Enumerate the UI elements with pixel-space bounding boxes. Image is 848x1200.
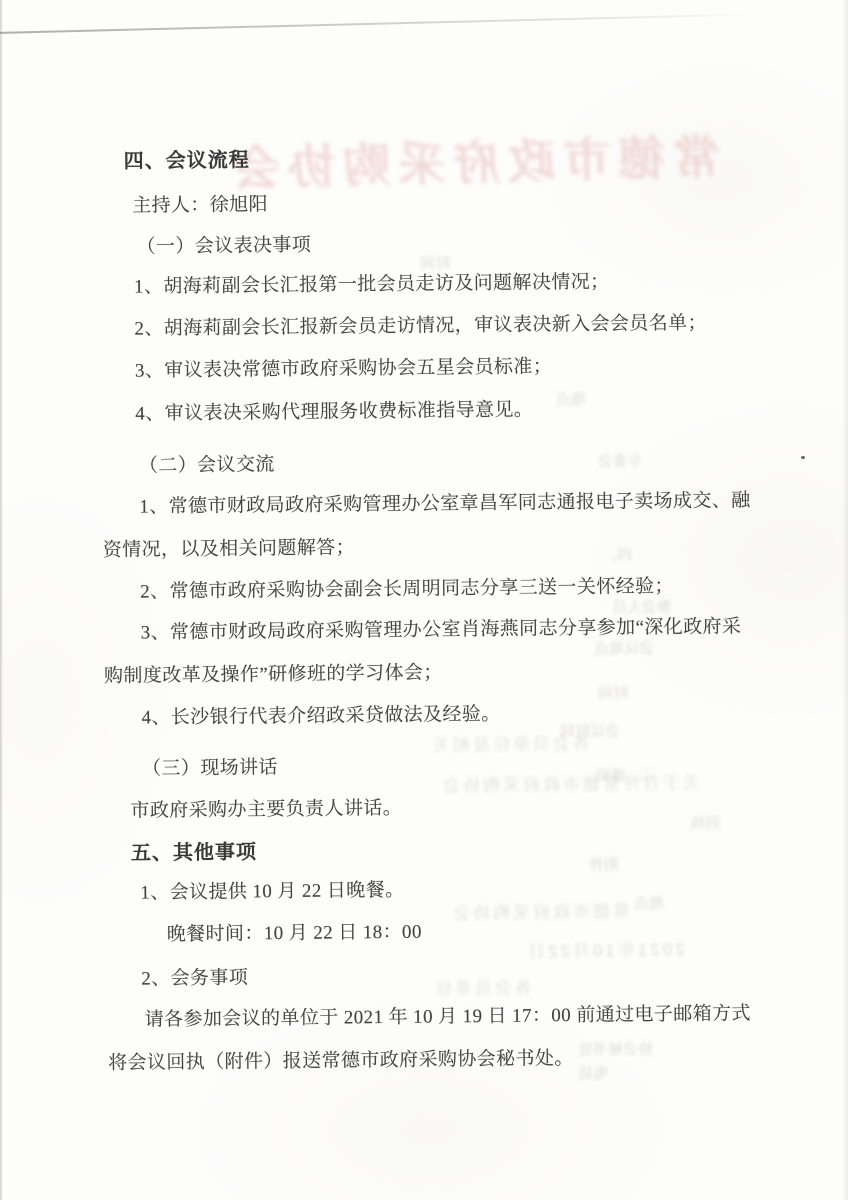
list-item: 1、会议提供 10 月 22 日晚餐。: [140, 875, 404, 905]
subsection-1: （一）会议表决事项: [136, 230, 311, 259]
body-line: 市政府采购办主要负责人讲话。: [130, 793, 402, 823]
list-item: 4、长沙银行代表介绍政采贷做法及经验。: [141, 699, 500, 730]
list-item: 2、会务事项: [141, 962, 248, 990]
section-heading-meeting-process: 四、会议流程: [124, 143, 250, 173]
list-item: 1、胡海莉副会长汇报第一批会员走访及问题解决情况；: [134, 267, 610, 299]
list-item: 4、审议表决采购代理服务收费标准指导意见。: [135, 394, 533, 425]
subsection-3: （三）现场讲话: [142, 752, 278, 780]
subsection-2: （二）会议交流: [139, 449, 275, 477]
section-heading-other-items: 五、其他事项: [131, 835, 257, 865]
ink-speck: [801, 456, 805, 459]
document-body: 四、会议流程 主持人：徐旭阳 （一）会议表决事项 1、胡海莉副会长汇报第一批会员…: [0, 0, 848, 1200]
list-item: 2、胡海莉副会长汇报新会员走访情况，审议表决新入会会员名单；: [134, 308, 707, 341]
scanned-document-page: 常德市政府采购协会 时间 地点 专委会 四、 参会人员 会议地点 时间 会议时间…: [0, 0, 848, 1200]
body-line-continuation: 将会议回执（附件）报送常德市政府采购协会秘书处。: [108, 1043, 574, 1075]
list-item-continuation: 资情况，以及相关问题解答；: [103, 532, 355, 562]
host-line: 主持人：徐旭阳: [132, 189, 268, 217]
list-item: 3、审议表决常德市政府采购协会五星会员标准；: [135, 351, 553, 382]
body-line: 请各参加会议的单位于 2021 年 10 月 19 日 17：00 前通过电子邮…: [145, 998, 751, 1031]
dinner-time-line: 晚餐时间：10 月 22 日 18：00: [167, 917, 422, 947]
list-item-continuation: 购制度改革及操作”研修班的学习体会；: [104, 657, 443, 688]
list-item: 3、常德市财政局政府采购管理办公室肖海燕同志分享参加“深化政府采: [140, 611, 741, 644]
list-item: 2、常德市政府采购协会副会长周明同志分享三送一关怀经验；: [140, 571, 674, 604]
list-item: 1、常德市财政局政府采购管理办公室章昌军同志通报电子卖场成交、融: [139, 485, 751, 518]
